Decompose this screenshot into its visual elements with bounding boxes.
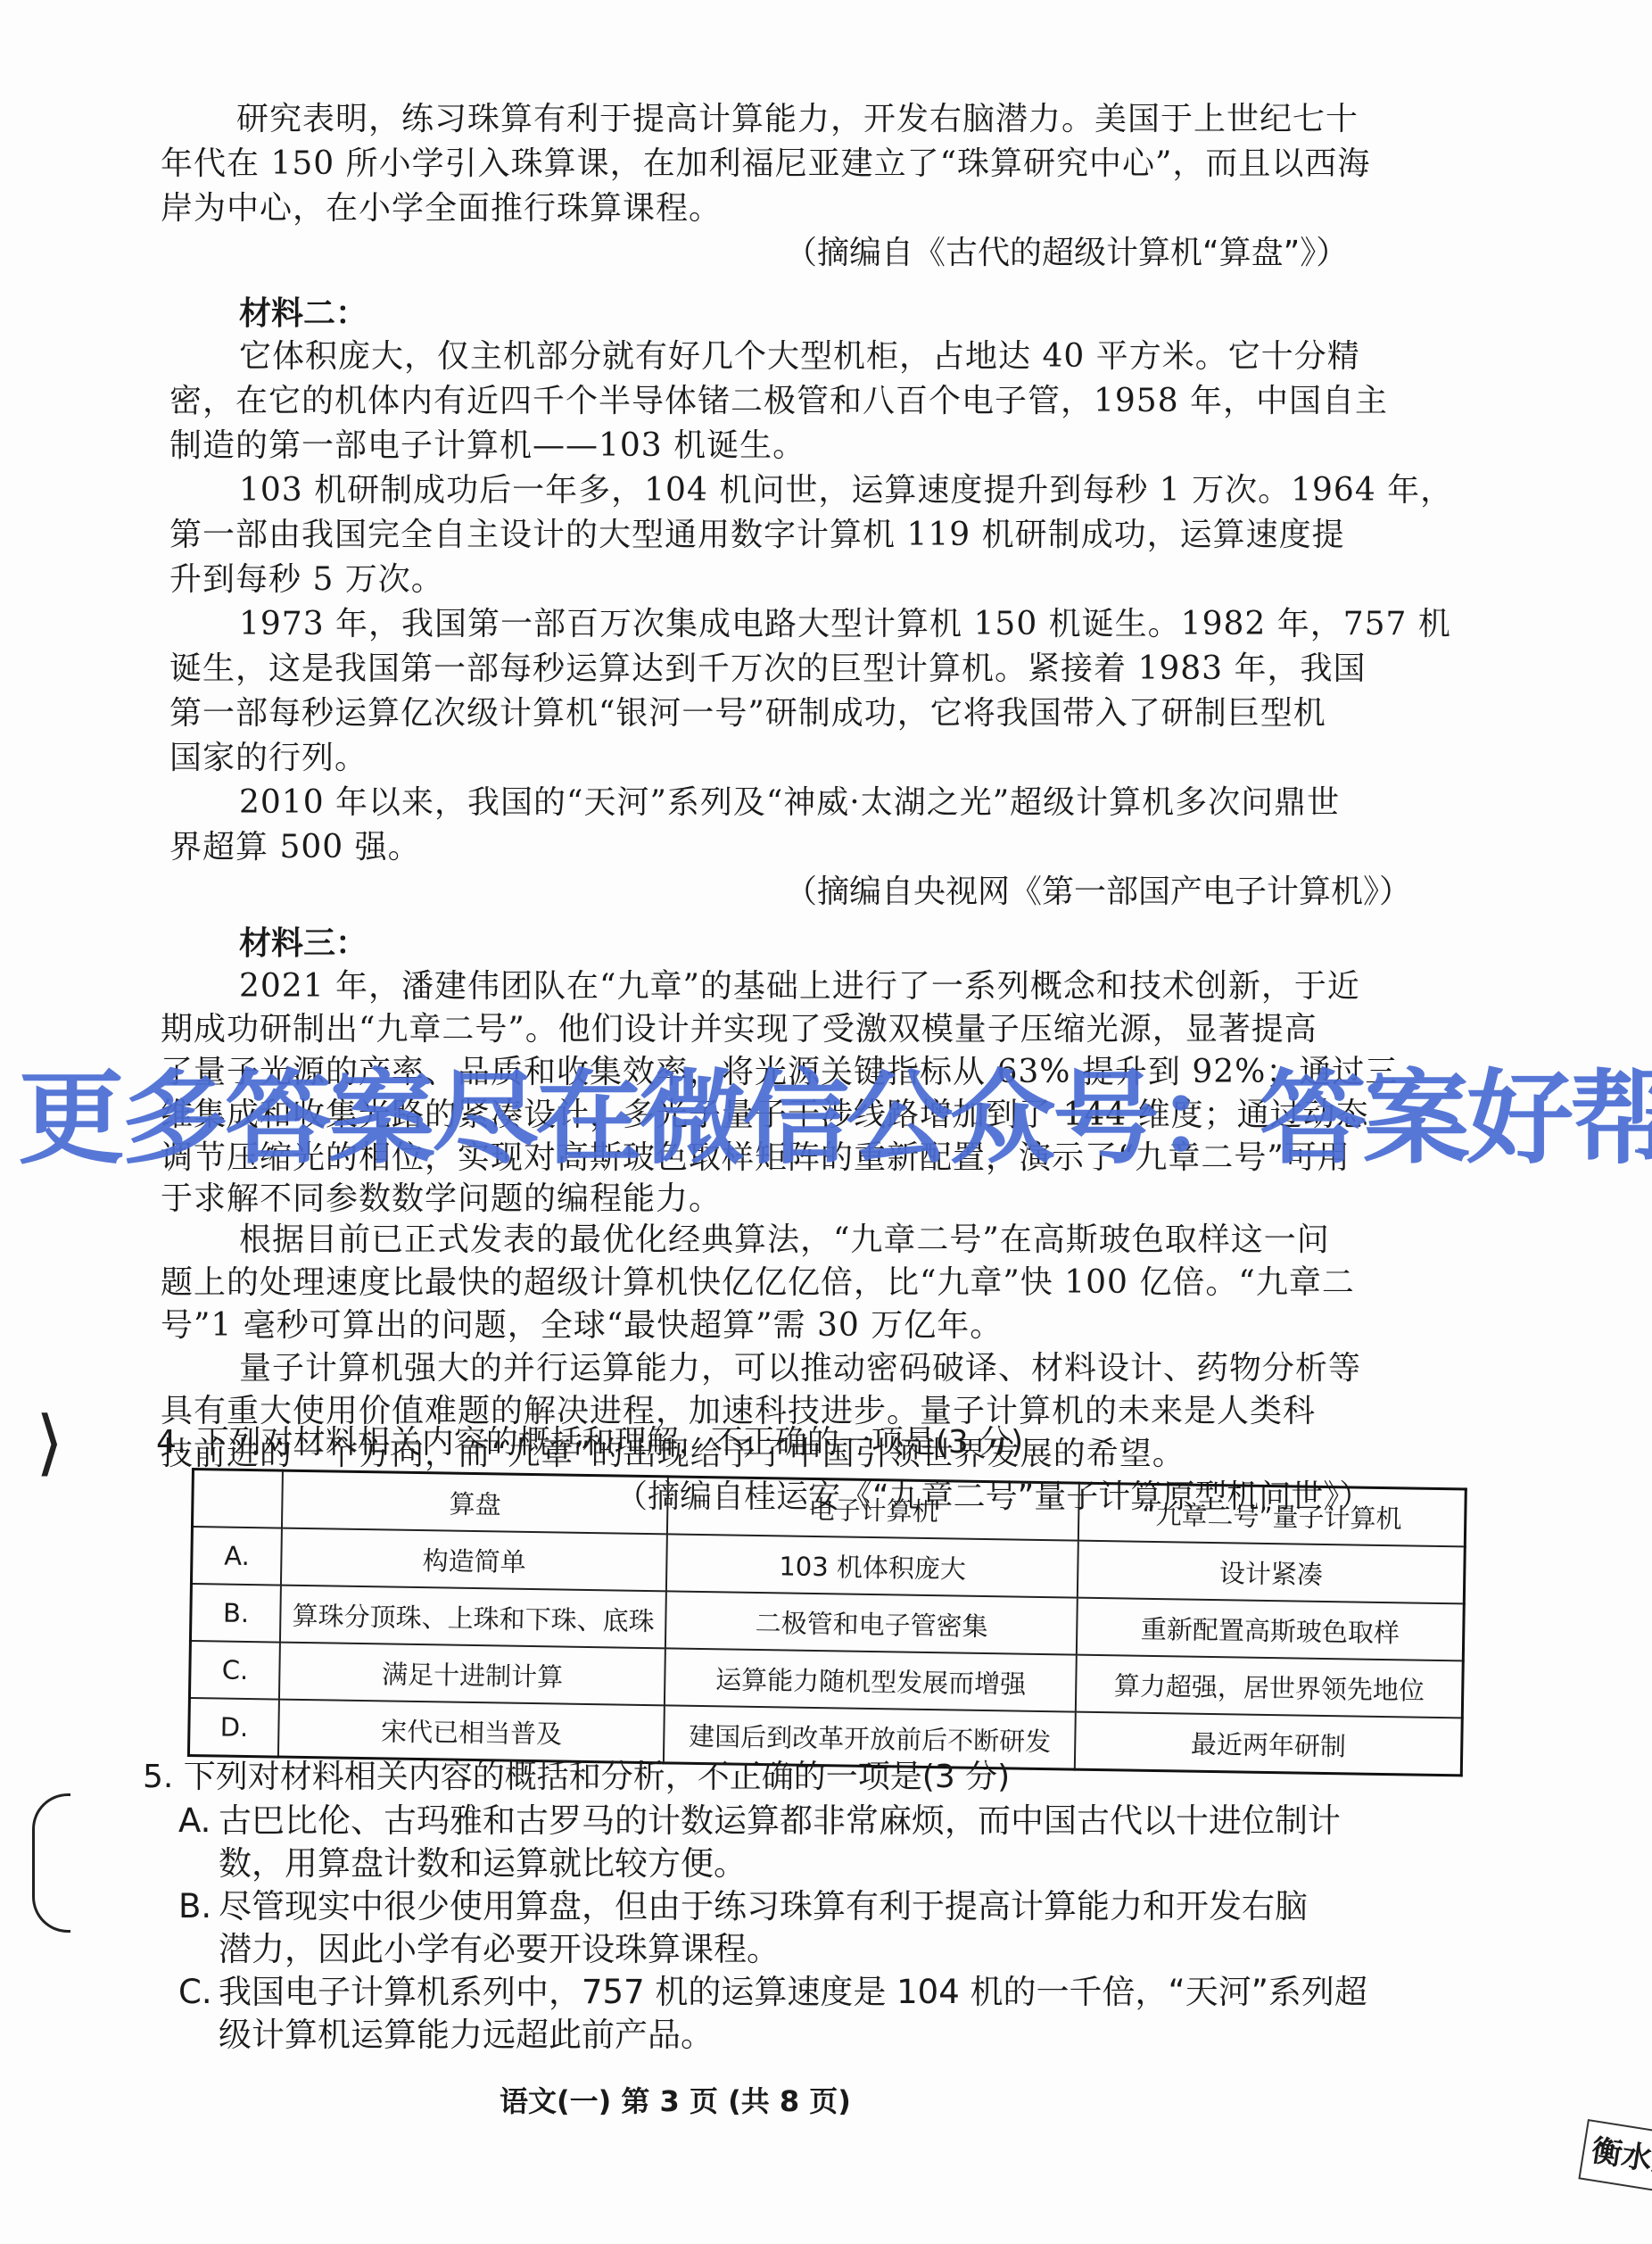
q5-option-a-line: 数，用算盘计数和运算就比较方便。 <box>219 1843 747 1884</box>
cell-computer: 运算能力随机型发展而增强 <box>665 1648 1077 1711</box>
q5-option-a-line: 古巴比伦、古玛雅和古罗马的计数运算都非常麻烦，而中国古代以十进位制计 <box>219 1801 1341 1842</box>
material3-line: 量子计算机强大的并行运算能力，可以推动密码破译、材料设计、药物分析等 <box>239 1349 1361 1388</box>
cell-quantum: 最近两年研制 <box>1075 1712 1462 1776</box>
material1-source: （摘编自《古代的超级计算机“算盘”》） <box>785 234 1348 273</box>
handwritten-mark-icon: ⟩ <box>36 1401 63 1484</box>
material3-line: 题上的处理速度比最快的超级计算机快亿亿亿倍，比“九章”快 100 亿倍。“九章二 <box>161 1263 1355 1303</box>
material2-line: 1973 年，我国第一部百万次集成电路大型计算机 150 机诞生。1982 年，… <box>239 605 1451 644</box>
cell-quantum: 算力超强，居世界领先地位 <box>1076 1655 1463 1718</box>
cell-abacus: 算珠分顶珠、上珠和下珠、底珠 <box>280 1586 666 1649</box>
q4-comparison-table: 算盘 电子计算机 “九章二号”量子计算机 A. 构造简单 103 机体积庞大 设… <box>187 1468 1467 1776</box>
cell-quantum: 设计紧凑 <box>1078 1541 1465 1604</box>
material2-line: 第一部由我国完全自主设计的大型通用数字计算机 119 机研制成功，运算速度提 <box>169 516 1345 555</box>
material2-line: 界超算 500 强。 <box>169 828 421 867</box>
cell-abacus: 满足十进制计算 <box>279 1643 665 1706</box>
handwritten-bracket-icon <box>32 1793 70 1933</box>
material2-line: 它体积庞大，仅主机部分就有好几个大型机柜，占地达 40 平方米。它十分精 <box>239 337 1360 377</box>
table-header-cell <box>192 1470 283 1528</box>
material2-line: 诞生，这是我国第一部每秒运算达到千万次的巨型计算机。紧接着 1983 年，我国 <box>169 650 1367 689</box>
cell-quantum: 重新配置高斯玻色取样 <box>1077 1598 1464 1661</box>
material2-line: 国家的行列。 <box>169 739 368 778</box>
row-label: B. <box>190 1584 281 1643</box>
material3-line: 根据目前已正式发表的最优化经典算法，“九章二号”在高斯玻色取样这一问 <box>239 1221 1330 1260</box>
material3-line: 于求解不同参数数学问题的编程能力。 <box>161 1180 722 1219</box>
material2-line: 2010 年以来，我国的“天河”系列及“神威·太湖之光”超级计算机多次问鼎世 <box>239 783 1340 823</box>
table-header-cell: 电子计算机 <box>667 1477 1079 1541</box>
table-header-cell: “九章二号”量子计算机 <box>1078 1483 1466 1546</box>
row-label: D. <box>188 1698 279 1757</box>
material3-heading: 材料三： <box>239 924 368 964</box>
material3-line: 号”1 毫秒可算出的问题，全球“最快超算”需 30 万亿年。 <box>161 1306 1003 1346</box>
exam-page: 研究表明，练习珠算有利于提高计算能力，开发右脑潜力。美国于上世纪七十 年代在 1… <box>0 0 1652 2244</box>
cell-computer: 二极管和电子管密集 <box>665 1591 1078 1654</box>
page-footer: 语文(一) 第 3 页 (共 8 页) <box>500 2079 851 2120</box>
material1-line: 岸为中心，在小学全面推行珠算课程。 <box>161 189 722 228</box>
row-label: C. <box>189 1641 280 1700</box>
material1-line: 年代在 150 所小学引入珠算课，在加利福尼亚建立了“珠算研究中心”，而且以西海 <box>161 145 1370 184</box>
material2-line: 制造的第一部电子计算机——103 机诞生。 <box>169 426 805 466</box>
q5-option-c-line: 级计算机运算能力远超此前产品。 <box>219 2015 714 2056</box>
material1-line: 研究表明，练习珠算有利于提高计算能力，开发右脑潜力。美国于上世纪七十 <box>236 100 1359 139</box>
q5-stem: 5. 下列对材料相关内容的概括和分析，不正确的一项是(3 分) <box>143 1758 1010 1797</box>
q5-option-c-line: 我国电子计算机系列中，757 机的运算速度是 104 机的一千倍，“天河”系列超 <box>219 1972 1367 2013</box>
table-header-cell: 算盘 <box>282 1470 668 1534</box>
row-label: A. <box>191 1527 282 1586</box>
q5-option-b-line: 潜力，因此小学有必要开设珠算课程。 <box>219 1929 780 1970</box>
material2-source: （摘编自央视网《第一部国产电子计算机》） <box>785 873 1411 912</box>
material2-line: 第一部每秒运算亿次级计算机“银河一号”研制成功，它将我国带入了研制巨型机 <box>169 694 1326 733</box>
cell-abacus: 构造简单 <box>281 1528 667 1592</box>
material2-heading: 材料二： <box>239 294 368 334</box>
cell-computer: 103 机体积庞大 <box>666 1534 1078 1597</box>
q5-option-a-label: A. <box>178 1801 211 1842</box>
brand-stamp: 衡水金卷·先享题 <box>1578 2119 1652 2210</box>
q4-stem: 4. 下列对材料相关内容的概括和理解，不正确的一项是(3 分) <box>156 1423 1023 1462</box>
material3-line: 2021 年，潘建伟团队在“九章”的基础上进行了一系列概念和技术创新，于近 <box>239 967 1360 1006</box>
material2-line: 103 机研制成功后一年多，104 机问世，运算速度提升到每秒 1 万次。196… <box>239 471 1453 510</box>
material2-line: 升到每秒 5 万次。 <box>169 560 444 600</box>
q5-option-b-line: 尽管现实中很少使用算盘，但由于练习珠算有利于提高计算能力和开发右脑 <box>219 1886 1308 1927</box>
watermark-banner: 更多答案尽在微信公众号：答案好帮手 <box>18 1064 1641 1175</box>
cell-abacus: 宋代已相当普及 <box>278 1700 665 1763</box>
material2-line: 密，在它的机体内有近四千个半导体锗二极管和八百个电子管，1958 年，中国自主 <box>169 382 1388 421</box>
material3-line: 期成功研制出“九章二号”。他们设计并实现了受激双模量子压缩光源，显著提高 <box>161 1010 1317 1049</box>
q5-option-c-label: C. <box>178 1972 212 2013</box>
q5-option-b-label: B. <box>178 1886 211 1927</box>
